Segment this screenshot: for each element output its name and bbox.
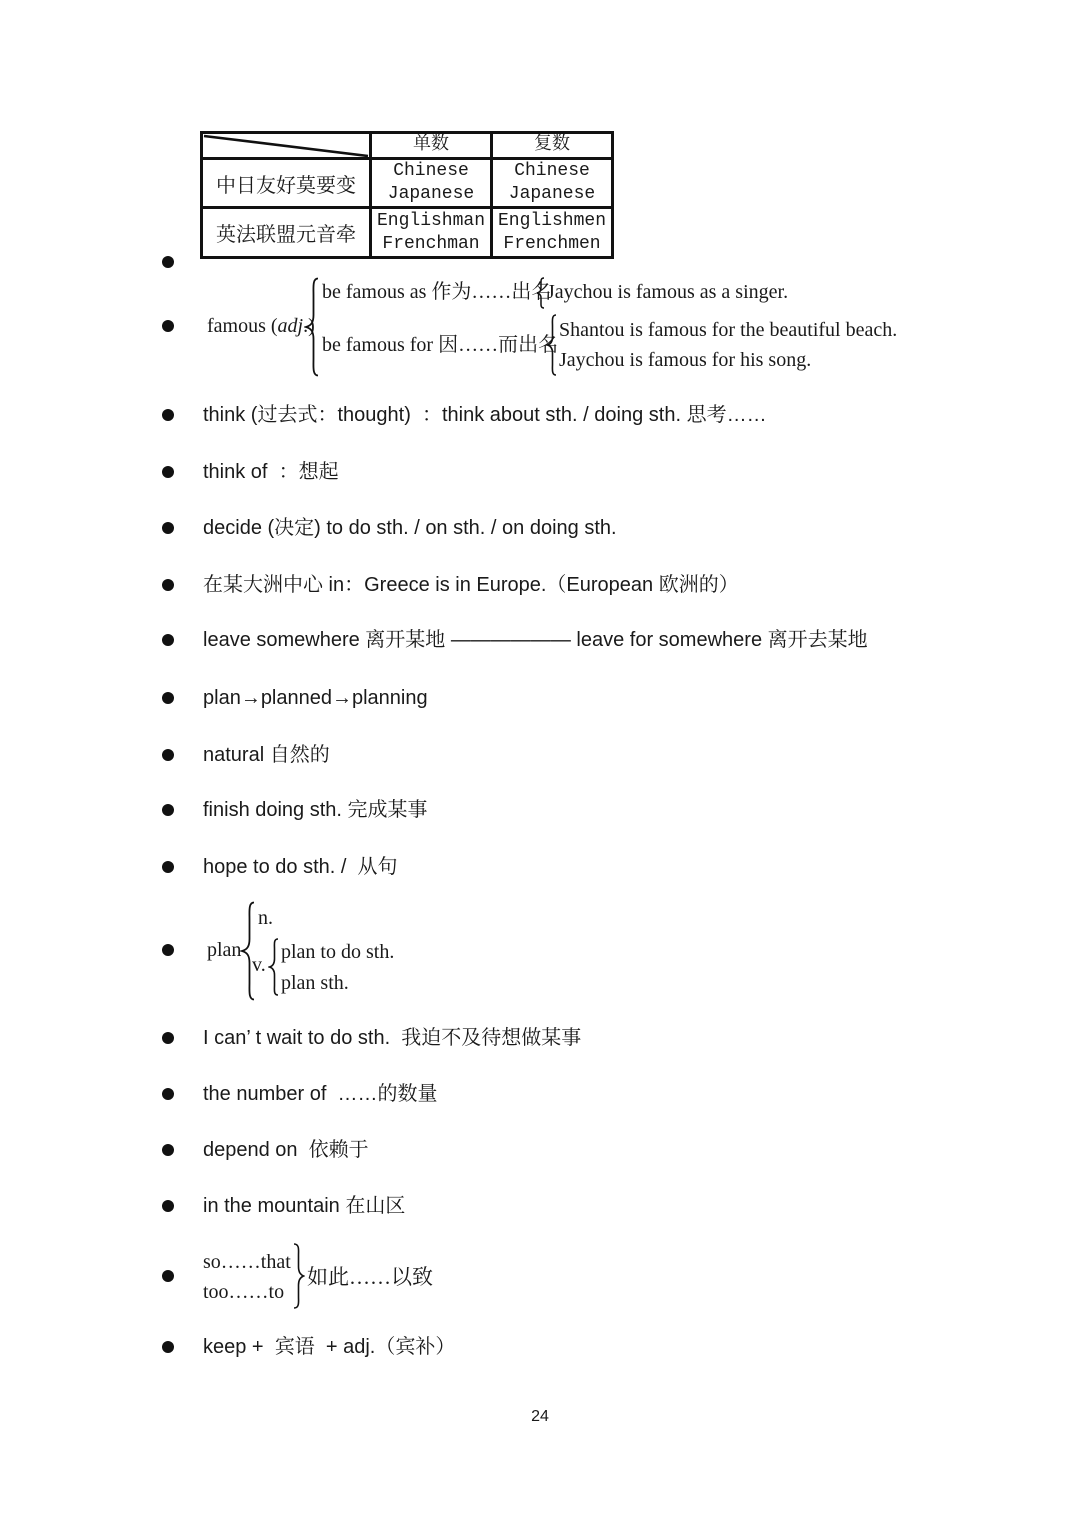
table-cell-line: Englishmen (493, 210, 611, 233)
bullet-icon (162, 1270, 174, 1282)
bullet-icon (162, 320, 174, 332)
item-text: hope to do sth. / 从句 (203, 853, 398, 881)
bullet-icon (162, 579, 174, 591)
page-number: 24 (0, 1408, 1080, 1426)
item-text: plan→planned→planning (203, 684, 428, 712)
bullet-icon (162, 1032, 174, 1044)
left-brace-icon (304, 277, 320, 377)
item-the-number-of: the number of ……的数量 (162, 1080, 438, 1108)
so-that-meaning: 如此……以致 (307, 1263, 433, 1291)
left-brace-icon (536, 277, 545, 309)
bullet-icon (162, 256, 174, 268)
item-cant-wait: I can’ t wait to do sth. 我迫不及待想做某事 (162, 1024, 581, 1052)
famous-for-example-2: Jaychou is famous for his song. (559, 346, 811, 374)
bullet-icon (162, 1200, 174, 1212)
item-text: depend on 依赖于 (203, 1136, 369, 1164)
item-text: leave somewhere 离开某地 —————— leave for so… (203, 626, 868, 654)
table-cell: Englishmen Frenchmen (492, 208, 613, 258)
bullet-icon (162, 466, 174, 478)
item-depend-on: depend on 依赖于 (162, 1136, 369, 1164)
item-text: 在某大洲中心 in：Greece is in Europe.（European … (203, 571, 739, 599)
bullet-icon (162, 804, 174, 816)
table-cell-line: Chinese (372, 160, 490, 183)
famous-as-label: be famous as 作为……出名 (322, 278, 551, 306)
item-leave-somewhere: leave somewhere 离开某地 —————— leave for so… (162, 626, 868, 654)
noun-plural-table: 单数 复数 中日友好莫要变 Chinese Japanese Chinese J… (200, 131, 614, 259)
plan-head: plan (207, 936, 241, 964)
famous-head-adj: adj (278, 315, 304, 337)
item-in-the-mountain: in the mountain 在山区 (162, 1192, 405, 1220)
left-brace-icon (546, 314, 557, 376)
table-header-singular: 单数 (371, 133, 492, 159)
bullet-icon (162, 1088, 174, 1100)
item-keep-adj: keep + 宾语 + adj.（宾补） (162, 1333, 455, 1361)
item-text: I can’ t wait to do sth. 我迫不及待想做某事 (203, 1024, 581, 1052)
table-cell: Chinese Japanese (492, 159, 613, 208)
famous-head-pre: famous ( (207, 315, 278, 337)
famous-for-example-1: Shantou is famous for the beautiful beac… (559, 316, 897, 344)
item-text: finish doing sth. 完成某事 (203, 796, 428, 824)
item-text: in the mountain 在山区 (203, 1192, 405, 1220)
document-page: 单数 复数 中日友好莫要变 Chinese Japanese Chinese J… (0, 0, 1080, 1526)
item-hope-to-do: hope to do sth. / 从句 (162, 853, 398, 881)
table-row-label: 中日友好莫要变 (202, 159, 371, 208)
item-text: natural 自然的 (203, 741, 330, 769)
right-brace-icon (292, 1243, 305, 1309)
diagonal-line-icon (203, 134, 369, 157)
bullet-icon (162, 409, 174, 421)
bullet-icon (162, 634, 174, 646)
table-cell: Chinese Japanese (371, 159, 492, 208)
item-text: the number of ……的数量 (203, 1080, 438, 1108)
table-cell-line: Frenchmen (493, 233, 611, 256)
table-cell-line: Chinese (493, 160, 611, 183)
bullet-icon (162, 1144, 174, 1156)
famous-head: famous (adj.) (207, 312, 315, 340)
table-cell-line: Japanese (493, 183, 611, 206)
table-row-label: 英法联盟元音牵 (202, 208, 371, 258)
table-cell-line: Englishman (372, 210, 490, 233)
item-text: think (过去式：thought) ：think about sth. / … (203, 401, 767, 429)
plan-verb-label: v. (252, 951, 266, 979)
item-natural: natural 自然的 (162, 741, 330, 769)
item-think-of: think of ：想起 (162, 458, 339, 486)
item-text: keep + 宾语 + adj.（宾补） (203, 1333, 455, 1361)
so-that-line-2: too……to (203, 1278, 284, 1306)
table-cell-line: Frenchman (372, 233, 490, 256)
so-that-line-1: so……that (203, 1248, 291, 1276)
table-cell-line: Japanese (372, 183, 490, 206)
item-think: think (过去式：thought) ：think about sth. / … (162, 401, 767, 429)
left-brace-icon (268, 938, 279, 996)
bullet-icon (162, 692, 174, 704)
item-continent-in: 在某大洲中心 in：Greece is in Europe.（European … (162, 571, 739, 599)
plan-verb-pattern-1: plan to do sth. (281, 938, 394, 966)
table-header-plural: 复数 (492, 133, 613, 159)
bullet-icon (162, 522, 174, 534)
bullet-icon (162, 749, 174, 761)
item-text: think of ：想起 (203, 458, 339, 486)
bullet-icon (162, 861, 174, 873)
bullet-icon (162, 944, 174, 956)
item-decide: decide (决定) to do sth. / on sth. / on do… (162, 514, 617, 542)
item-text: decide (决定) to do sth. / on sth. / on do… (203, 514, 617, 542)
famous-for-label: be famous for 因……而出名 (322, 331, 558, 359)
table-diagonal-cell (202, 133, 371, 159)
plan-verb-pattern-2: plan sth. (281, 969, 349, 997)
item-plan-forms: plan→planned→planning (162, 684, 428, 712)
bullet-icon (162, 1341, 174, 1353)
table-cell: Englishman Frenchman (371, 208, 492, 258)
plan-noun-label: n. (258, 904, 273, 932)
famous-as-example: Jaychou is famous as a singer. (547, 278, 788, 306)
item-finish-doing: finish doing sth. 完成某事 (162, 796, 428, 824)
